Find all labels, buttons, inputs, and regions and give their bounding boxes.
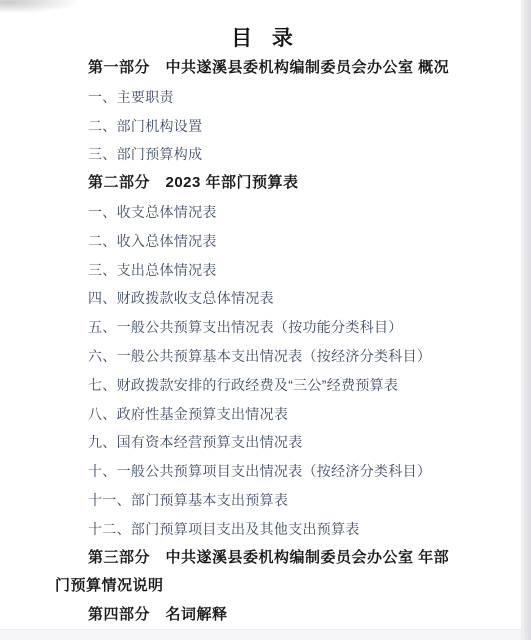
page-edge-bottom (0, 629, 521, 640)
toc-item: 三、支出总体情况表 (55, 256, 511, 285)
section-3-heading-line1: 第三部分 中共遂溪县委机构编制委员会办公室 年部 (55, 544, 511, 573)
document-page: 目 录 第一部分 中共遂溪县委机构编制委员会办公室 概况 一、主要职责 二、部门… (0, 0, 531, 640)
section-4-heading: 第四部分 名词解释 (55, 601, 511, 630)
toc-item: 二、部门机构设置 (55, 112, 511, 141)
toc-content: 目 录 第一部分 中共遂溪县委机构编制委员会办公室 概况 一、主要职责 二、部门… (0, 0, 531, 630)
toc-item: 十二、部门预算项目支出及其他支出预算表 (55, 515, 511, 544)
toc-item: 八、政府性基金预算支出情况表 (55, 400, 511, 429)
toc-item: 七、财政拨款安排的行政经费及“三公”经费预算表 (55, 371, 511, 400)
toc-item: 一、主要职责 (55, 83, 511, 112)
section-2-heading: 第二部分 2023 年部门预算表 (55, 169, 511, 198)
toc-item: 一、收支总体情况表 (55, 198, 511, 227)
toc-item: 十一、部门预算基本支出预算表 (55, 486, 511, 515)
toc-item: 五、一般公共预算支出情况表（按功能分类科目） (55, 313, 511, 342)
toc-item: 十、一般公共预算项目支出情况表（按经济分类科目） (55, 457, 511, 486)
toc-title: 目 录 (0, 24, 531, 54)
section-3-heading-line2: 门预算情况说明 (55, 572, 511, 601)
toc-item: 九、国有资本经营预算支出情况表 (55, 428, 511, 457)
toc-item: 三、部门预算构成 (55, 140, 511, 169)
toc-item: 二、收入总体情况表 (55, 227, 511, 256)
section-1-heading: 第一部分 中共遂溪县委机构编制委员会办公室 概况 (55, 54, 511, 83)
page-edge-right (521, 0, 531, 640)
toc-item: 六、一般公共预算基本支出情况表（按经济分类科目） (55, 342, 511, 371)
toc-item: 四、财政拨款收支总体情况表 (55, 284, 511, 313)
